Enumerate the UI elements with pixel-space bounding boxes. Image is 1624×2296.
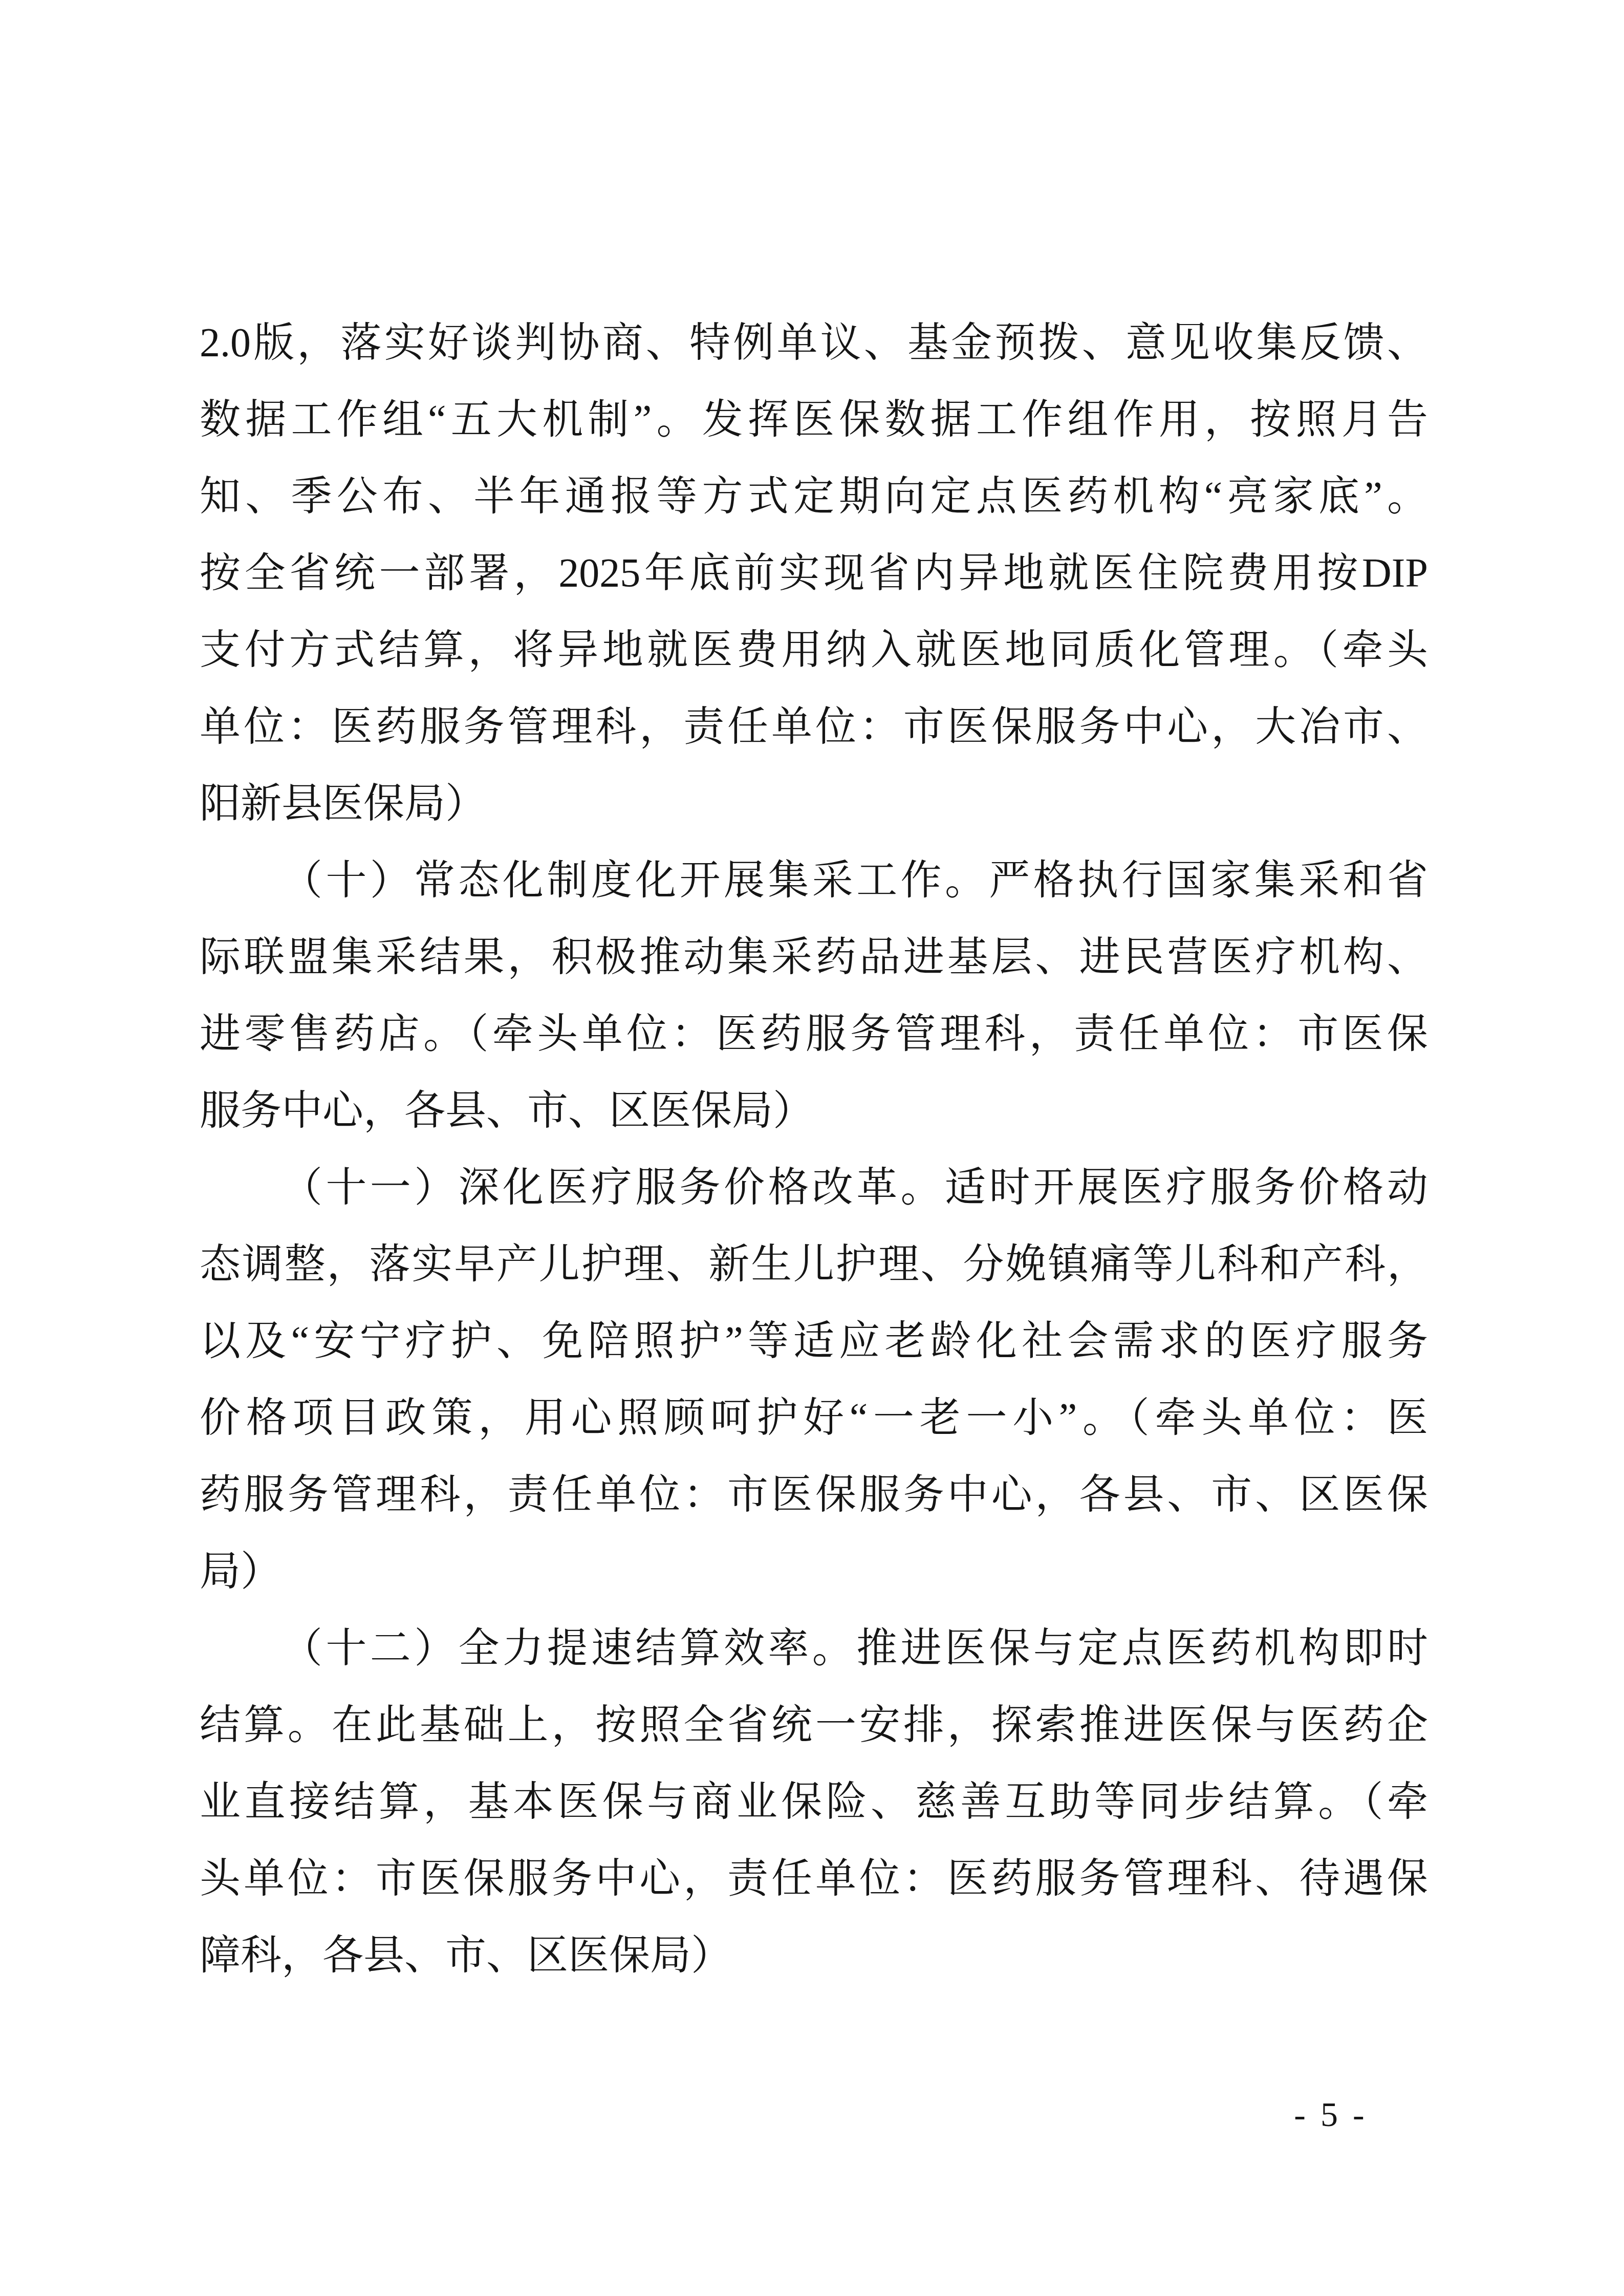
text-line: 阳新县医保局）: [200, 765, 1428, 842]
text-line: （十）常态化制度化开展集采工作。严格执行国家集采和省: [200, 842, 1428, 919]
text-line: 数据工作组“五大机制”。发挥医保数据工作组作用，按照月告: [200, 381, 1428, 458]
text-line: 头单位：市医保服务中心，责任单位：医药服务管理科、待遇保: [200, 1840, 1428, 1917]
text-line: 际联盟集采结果，积极推动集采药品进基层、进民营医疗机构、: [200, 919, 1428, 996]
text-line: 局）: [200, 1533, 1428, 1610]
page-number: - 5 -: [1228, 2091, 1433, 2137]
text-line: 知、季公布、半年通报等方式定期向定点医药机构“亮家底”。: [200, 458, 1428, 535]
text-line: 药服务管理科，责任单位：市医保服务中心，各县、市、区医保: [200, 1456, 1428, 1533]
text-line: 态调整，落实早产儿护理、新生儿护理、分娩镇痛等儿科和产科，: [200, 1226, 1428, 1303]
text-line: 按全省统一部署，2025年底前实现省内异地就医住院费用按DIP: [200, 535, 1428, 612]
text-line: 以及“安宁疗护、免陪照护”等适应老龄化社会需求的医疗服务: [200, 1303, 1428, 1380]
text-line: 服务中心，各县、市、区医保局）: [200, 1072, 1428, 1149]
text-line: 单位：医药服务管理科，责任单位：市医保服务中心，大冶市、: [200, 689, 1428, 765]
text-line: （十一）深化医疗服务价格改革。适时开展医疗服务价格动: [200, 1149, 1428, 1226]
document-body: 2.0版，落实好谈判协商、特例单议、基金预拨、意见收集反馈、数据工作组“五大机制…: [200, 305, 1428, 1994]
text-line: 2.0版，落实好谈判协商、特例单议、基金预拨、意见收集反馈、: [200, 305, 1428, 381]
document-page: 2.0版，落实好谈判协商、特例单议、基金预拨、意见收集反馈、数据工作组“五大机制…: [0, 0, 1624, 2296]
text-line: 障科，各县、市、区医保局）: [200, 1917, 1428, 1994]
text-line: 结算。在此基础上，按照全省统一安排，探索推进医保与医药企: [200, 1687, 1428, 1764]
text-line: 业直接结算，基本医保与商业保险、慈善互助等同步结算。（牵: [200, 1764, 1428, 1840]
text-line: 支付方式结算，将异地就医费用纳入就医地同质化管理。（牵头: [200, 612, 1428, 689]
text-line: 价格项目政策，用心照顾呵护好“一老一小”。（牵头单位：医: [200, 1380, 1428, 1456]
text-line: 进零售药店。（牵头单位：医药服务管理科，责任单位：市医保: [200, 996, 1428, 1072]
text-line: （十二）全力提速结算效率。推进医保与定点医药机构即时: [200, 1610, 1428, 1687]
